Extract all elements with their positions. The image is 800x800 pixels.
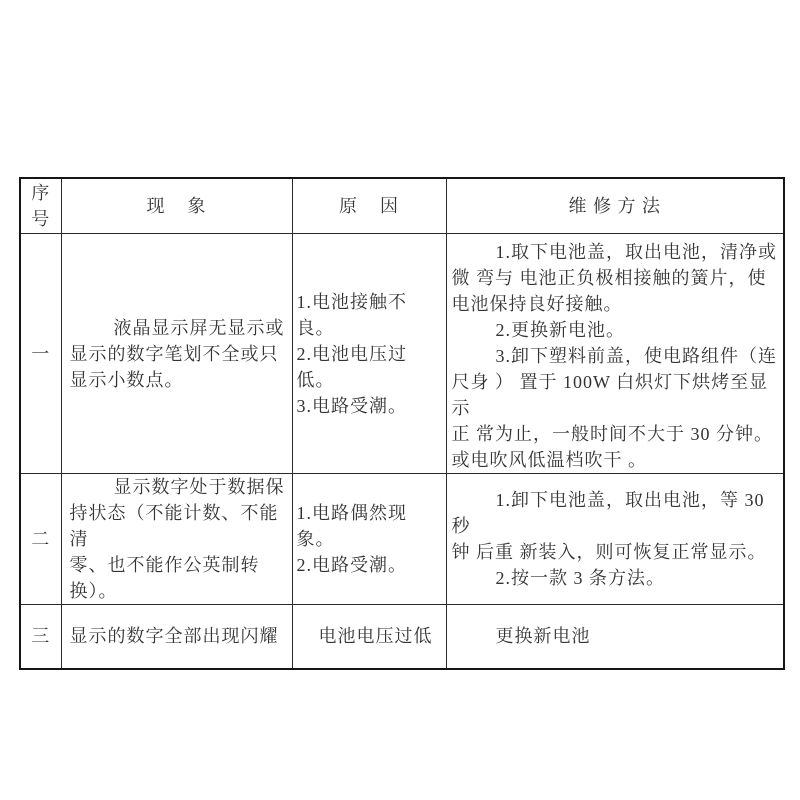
document-page: 序号 现 象 原 因 维 修 方 法 一 液晶显示屏无显示或 显示的数字笔划不全… <box>0 0 800 800</box>
row3-cause: 电池电压过低 <box>292 605 446 669</box>
row1-repair-method: 1.取下电池盖，取出电池，清净或 微 弯与 电池正负极相接触的簧片，使 电池保持… <box>446 234 784 474</box>
row1-phenomenon: 液晶显示屏无显示或 显示的数字笔划不全或只 显示小数点。 <box>61 234 292 474</box>
row1-cause: 1.电池接触不良。 2.电池电压过低。 3.电路受潮。 <box>292 234 446 474</box>
header-serial-number: 序号 <box>20 178 61 234</box>
row3-phenomenon: 显示的数字全部出现闪耀 <box>61 605 292 669</box>
table-row: 二 显示数字处于数据保 持状态（不能计数、不能清 零、也不能作公英制转换）。 1… <box>20 474 784 605</box>
row2-serial-number: 二 <box>20 474 61 605</box>
row3-serial-number: 三 <box>20 605 61 669</box>
table-row: 三 显示的数字全部出现闪耀 电池电压过低 更换新电池 <box>20 605 784 669</box>
row2-phenomenon: 显示数字处于数据保 持状态（不能计数、不能清 零、也不能作公英制转换）。 <box>61 474 292 605</box>
header-phenomenon: 现 象 <box>61 178 292 234</box>
table-row: 一 液晶显示屏无显示或 显示的数字笔划不全或只 显示小数点。 1.电池接触不良。… <box>20 234 784 474</box>
row1-serial-number: 一 <box>20 234 61 474</box>
table-header-row: 序号 现 象 原 因 维 修 方 法 <box>20 178 784 234</box>
troubleshooting-table: 序号 现 象 原 因 维 修 方 法 一 液晶显示屏无显示或 显示的数字笔划不全… <box>19 177 785 670</box>
header-repair-method: 维 修 方 法 <box>446 178 784 234</box>
row2-repair-method: 1.卸下电池盖，取出电池，等 30 秒 钟 后重 新装入，则可恢复正常显示。 2… <box>446 474 784 605</box>
row3-repair-method: 更换新电池 <box>446 605 784 669</box>
header-cause: 原 因 <box>292 178 446 234</box>
row2-cause: 1.电路偶然现象。 2.电路受潮。 <box>292 474 446 605</box>
